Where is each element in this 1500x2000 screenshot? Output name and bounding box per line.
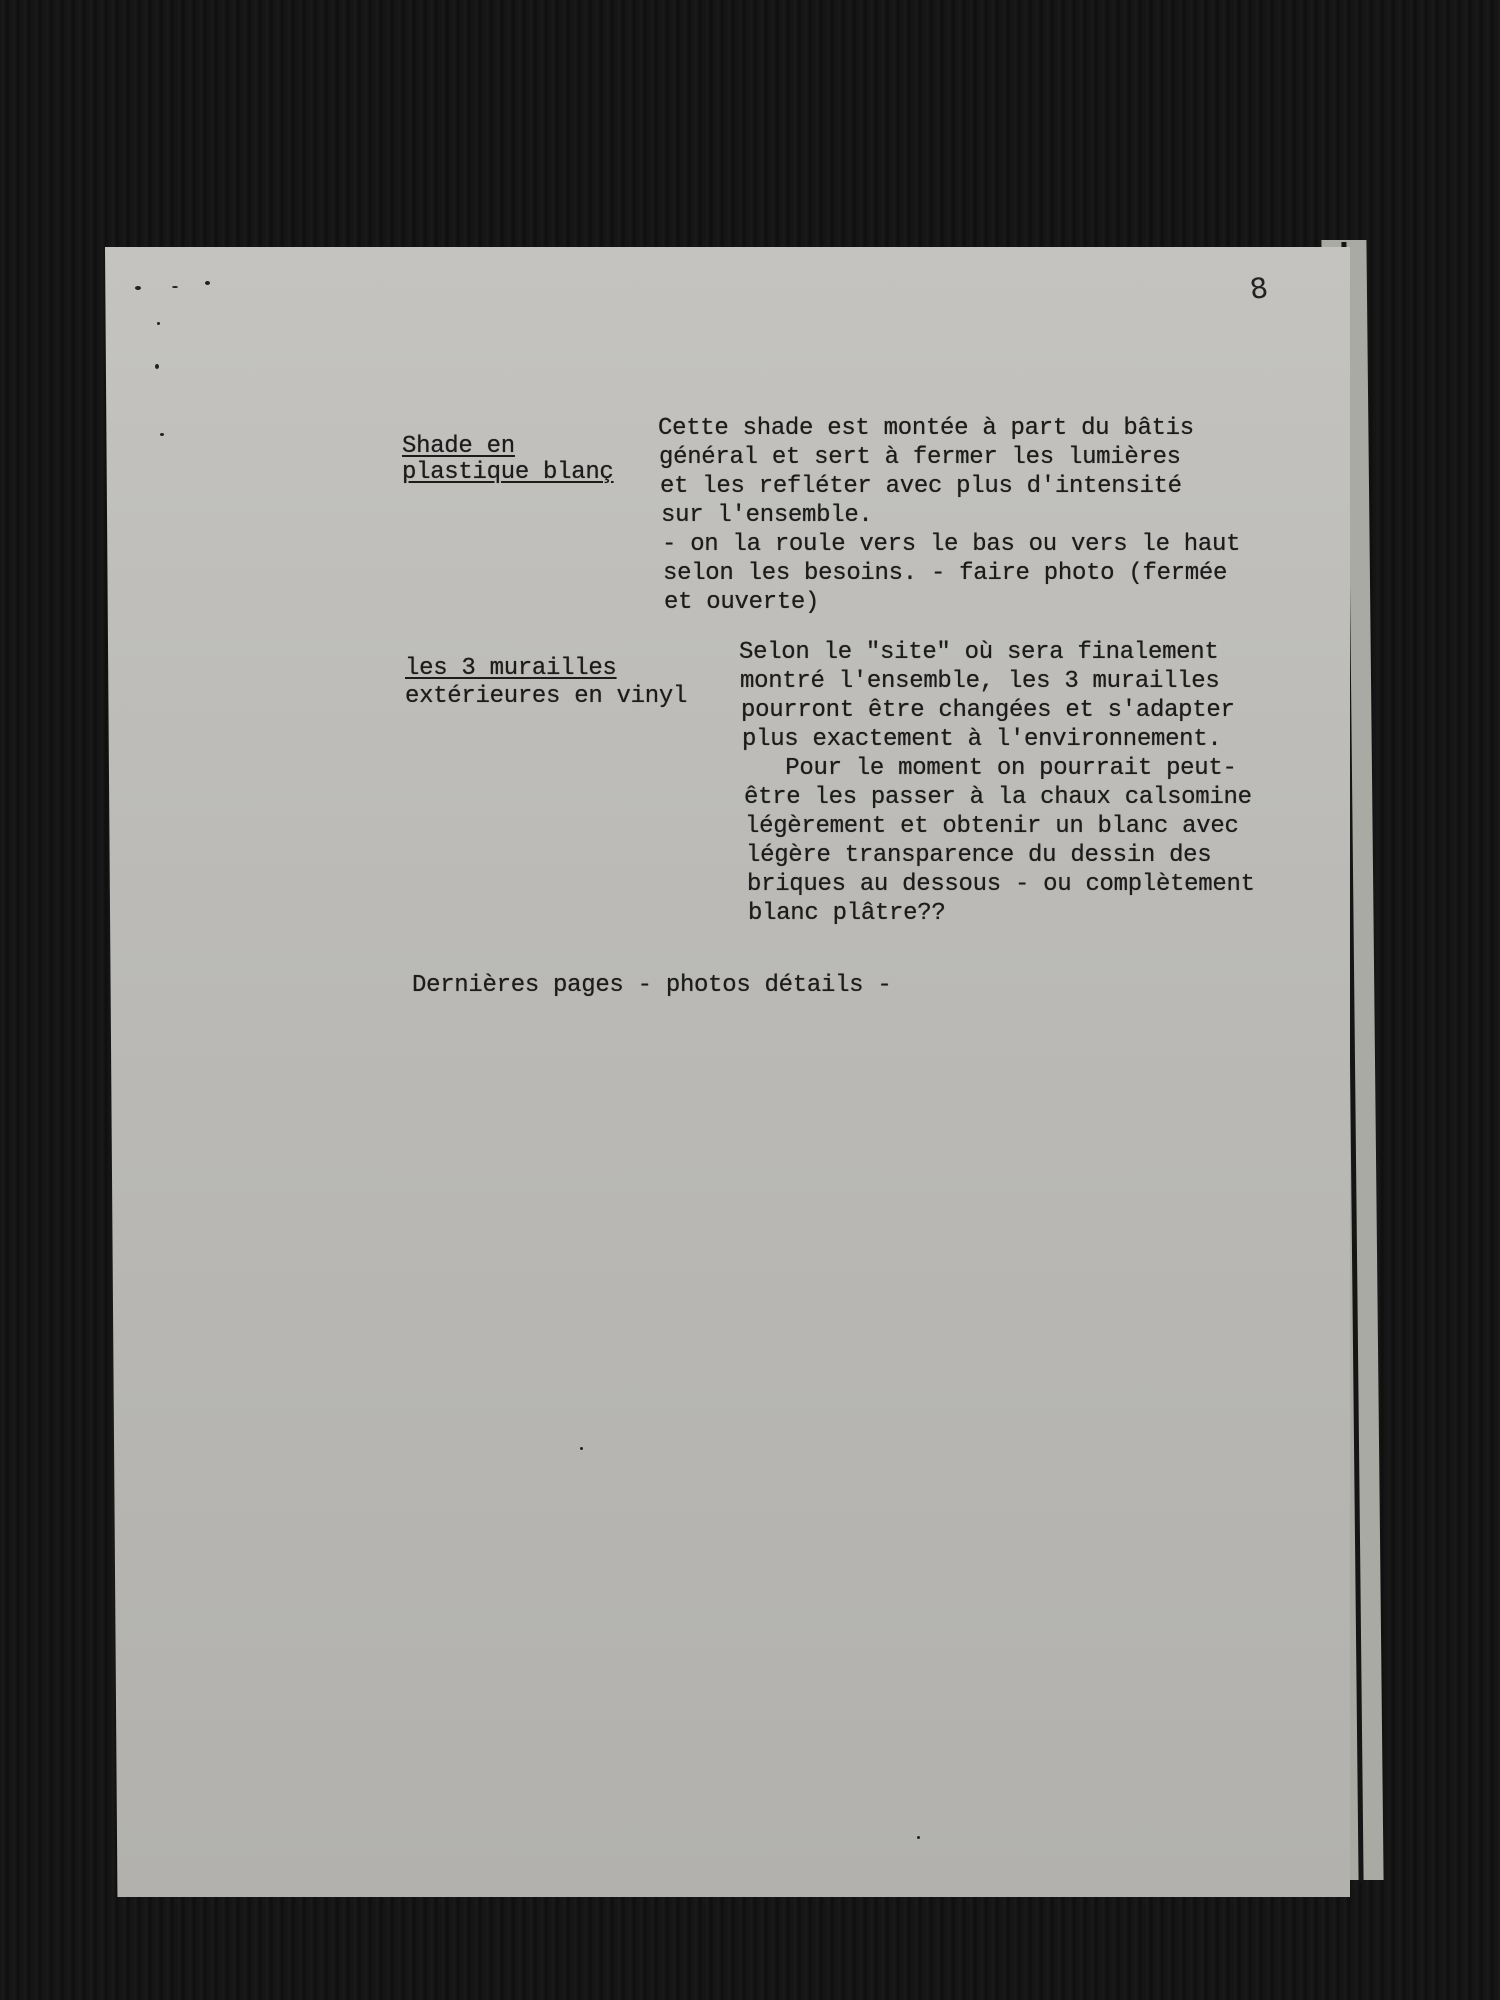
section-2-body-line: Selon le "site" où sera finalement	[739, 638, 1218, 667]
closing-note: Dernières pages - photos détails -	[412, 971, 891, 1000]
section-1-body-line: Cette shade est montée à part du bâtis	[658, 414, 1194, 443]
section-1-label-line-1: Shade en	[402, 432, 515, 461]
paper-speck	[157, 322, 160, 325]
section-2-body-line: briques au dessous - ou complètement	[747, 870, 1255, 899]
section-1-label-line-2: plastique blanç	[402, 458, 614, 487]
section-2-body-line: montré l'ensemble, les 3 murailles	[740, 667, 1219, 696]
section-2-body-line: blanc plâtre??	[748, 899, 945, 928]
paper-speck	[155, 364, 159, 369]
section-2-body-line: pourront être changées et s'adapter	[741, 696, 1235, 725]
paper-speck	[580, 1447, 583, 1450]
section-2-body-line: être les passer à la chaux calsomine	[744, 783, 1252, 812]
section-1-body-line: et les refléter avec plus d'intensité	[660, 472, 1182, 501]
paper-speck	[135, 286, 141, 290]
section-2-body-line: légèrement et obtenir un blanc avec	[745, 812, 1239, 841]
section-2-body-line: légère transparence du dessin des	[746, 841, 1211, 870]
paper-speck	[172, 286, 178, 288]
section-2-label-line-1: les 3 murailles	[405, 654, 617, 683]
section-1-body-line: et ouverte)	[664, 588, 819, 617]
section-2-body-line: Pour le moment on pourrait peut-	[743, 754, 1237, 783]
section-2-body-line: plus exactement à l'environnement.	[742, 725, 1221, 754]
paper-speck	[917, 1836, 920, 1839]
paper-speck	[205, 281, 210, 285]
section-2-label-line-2: extérieures en vinyl	[405, 682, 687, 711]
section-1-body-line: - on la roule vers le bas ou vers le hau…	[662, 530, 1240, 559]
section-1-body-line: général et sert à fermer les lumières	[659, 443, 1181, 472]
section-1-body-line: sur l'ensemble.	[661, 501, 873, 530]
section-1-body-line: selon les besoins. - faire photo (fermée	[663, 559, 1227, 588]
paper-speck	[160, 433, 164, 436]
